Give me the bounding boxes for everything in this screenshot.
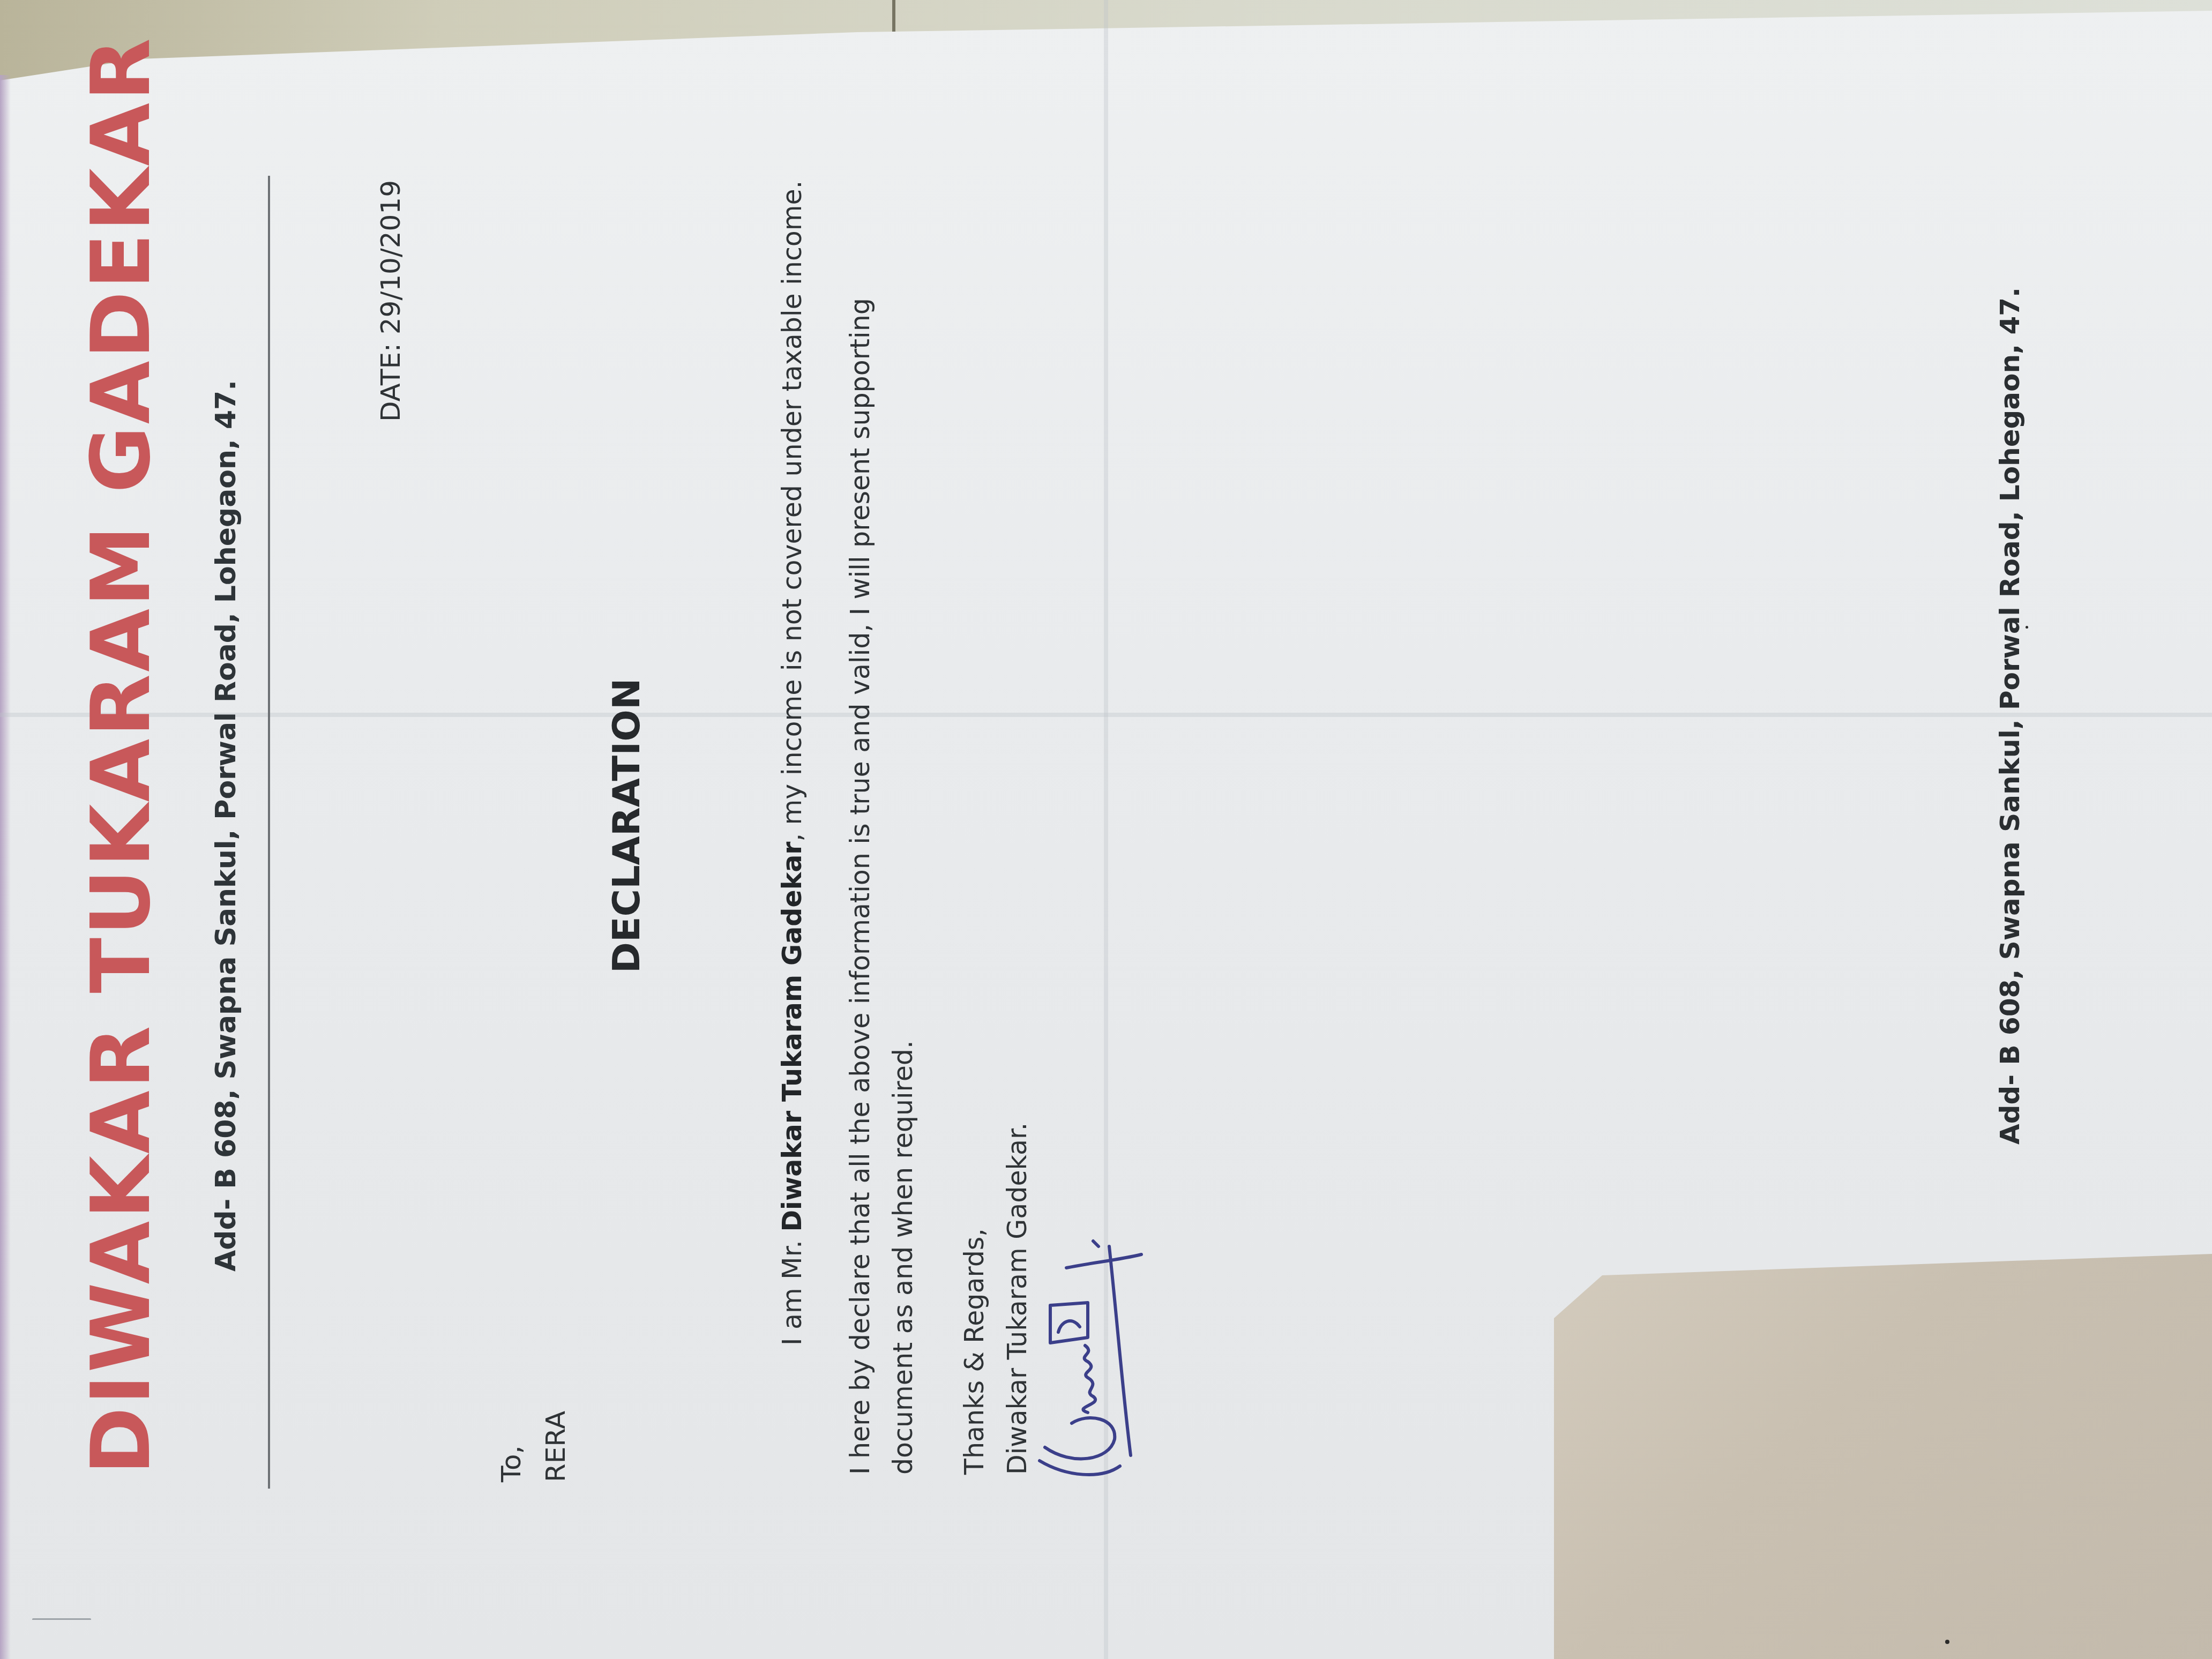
letter-date: DATE: 29/10/2019 — [375, 180, 406, 480]
footer-address: Add- B 608, Swapna Sankul, Porwal Road, … — [1994, 502, 2026, 1145]
letterhead-address: Add- B 608, Swapna Sankul, Porwal Road, … — [210, 177, 242, 1475]
document-heading: DECLARATION — [604, 177, 648, 1475]
signature-icon — [1007, 1230, 1147, 1498]
letterhead-name: DIWAKAR TUKARAM GADEKAR — [80, 177, 162, 1475]
header-divider — [268, 176, 270, 1489]
statement-suffix: , my income is not covered under taxable… — [777, 181, 808, 842]
declaration-paragraph: I here by declare that all the above inf… — [839, 167, 925, 1475]
statement-prefix: I am Mr. — [777, 1232, 808, 1346]
declarant-name: Diwakar Tukaram Gadekar — [777, 842, 808, 1232]
income-statement: I am Mr. Diwakar Tukaram Gadekar, my inc… — [777, 181, 808, 1346]
closing-regards: Thanks & Regards, — [959, 1228, 990, 1475]
recipient-name: RERA — [540, 1411, 571, 1482]
declaration-letter: DIWAKAR TUKARAM GADEKAR Add- B 608, Swap… — [0, 0, 2212, 1659]
recipient-salutation: To, — [496, 1445, 527, 1482]
